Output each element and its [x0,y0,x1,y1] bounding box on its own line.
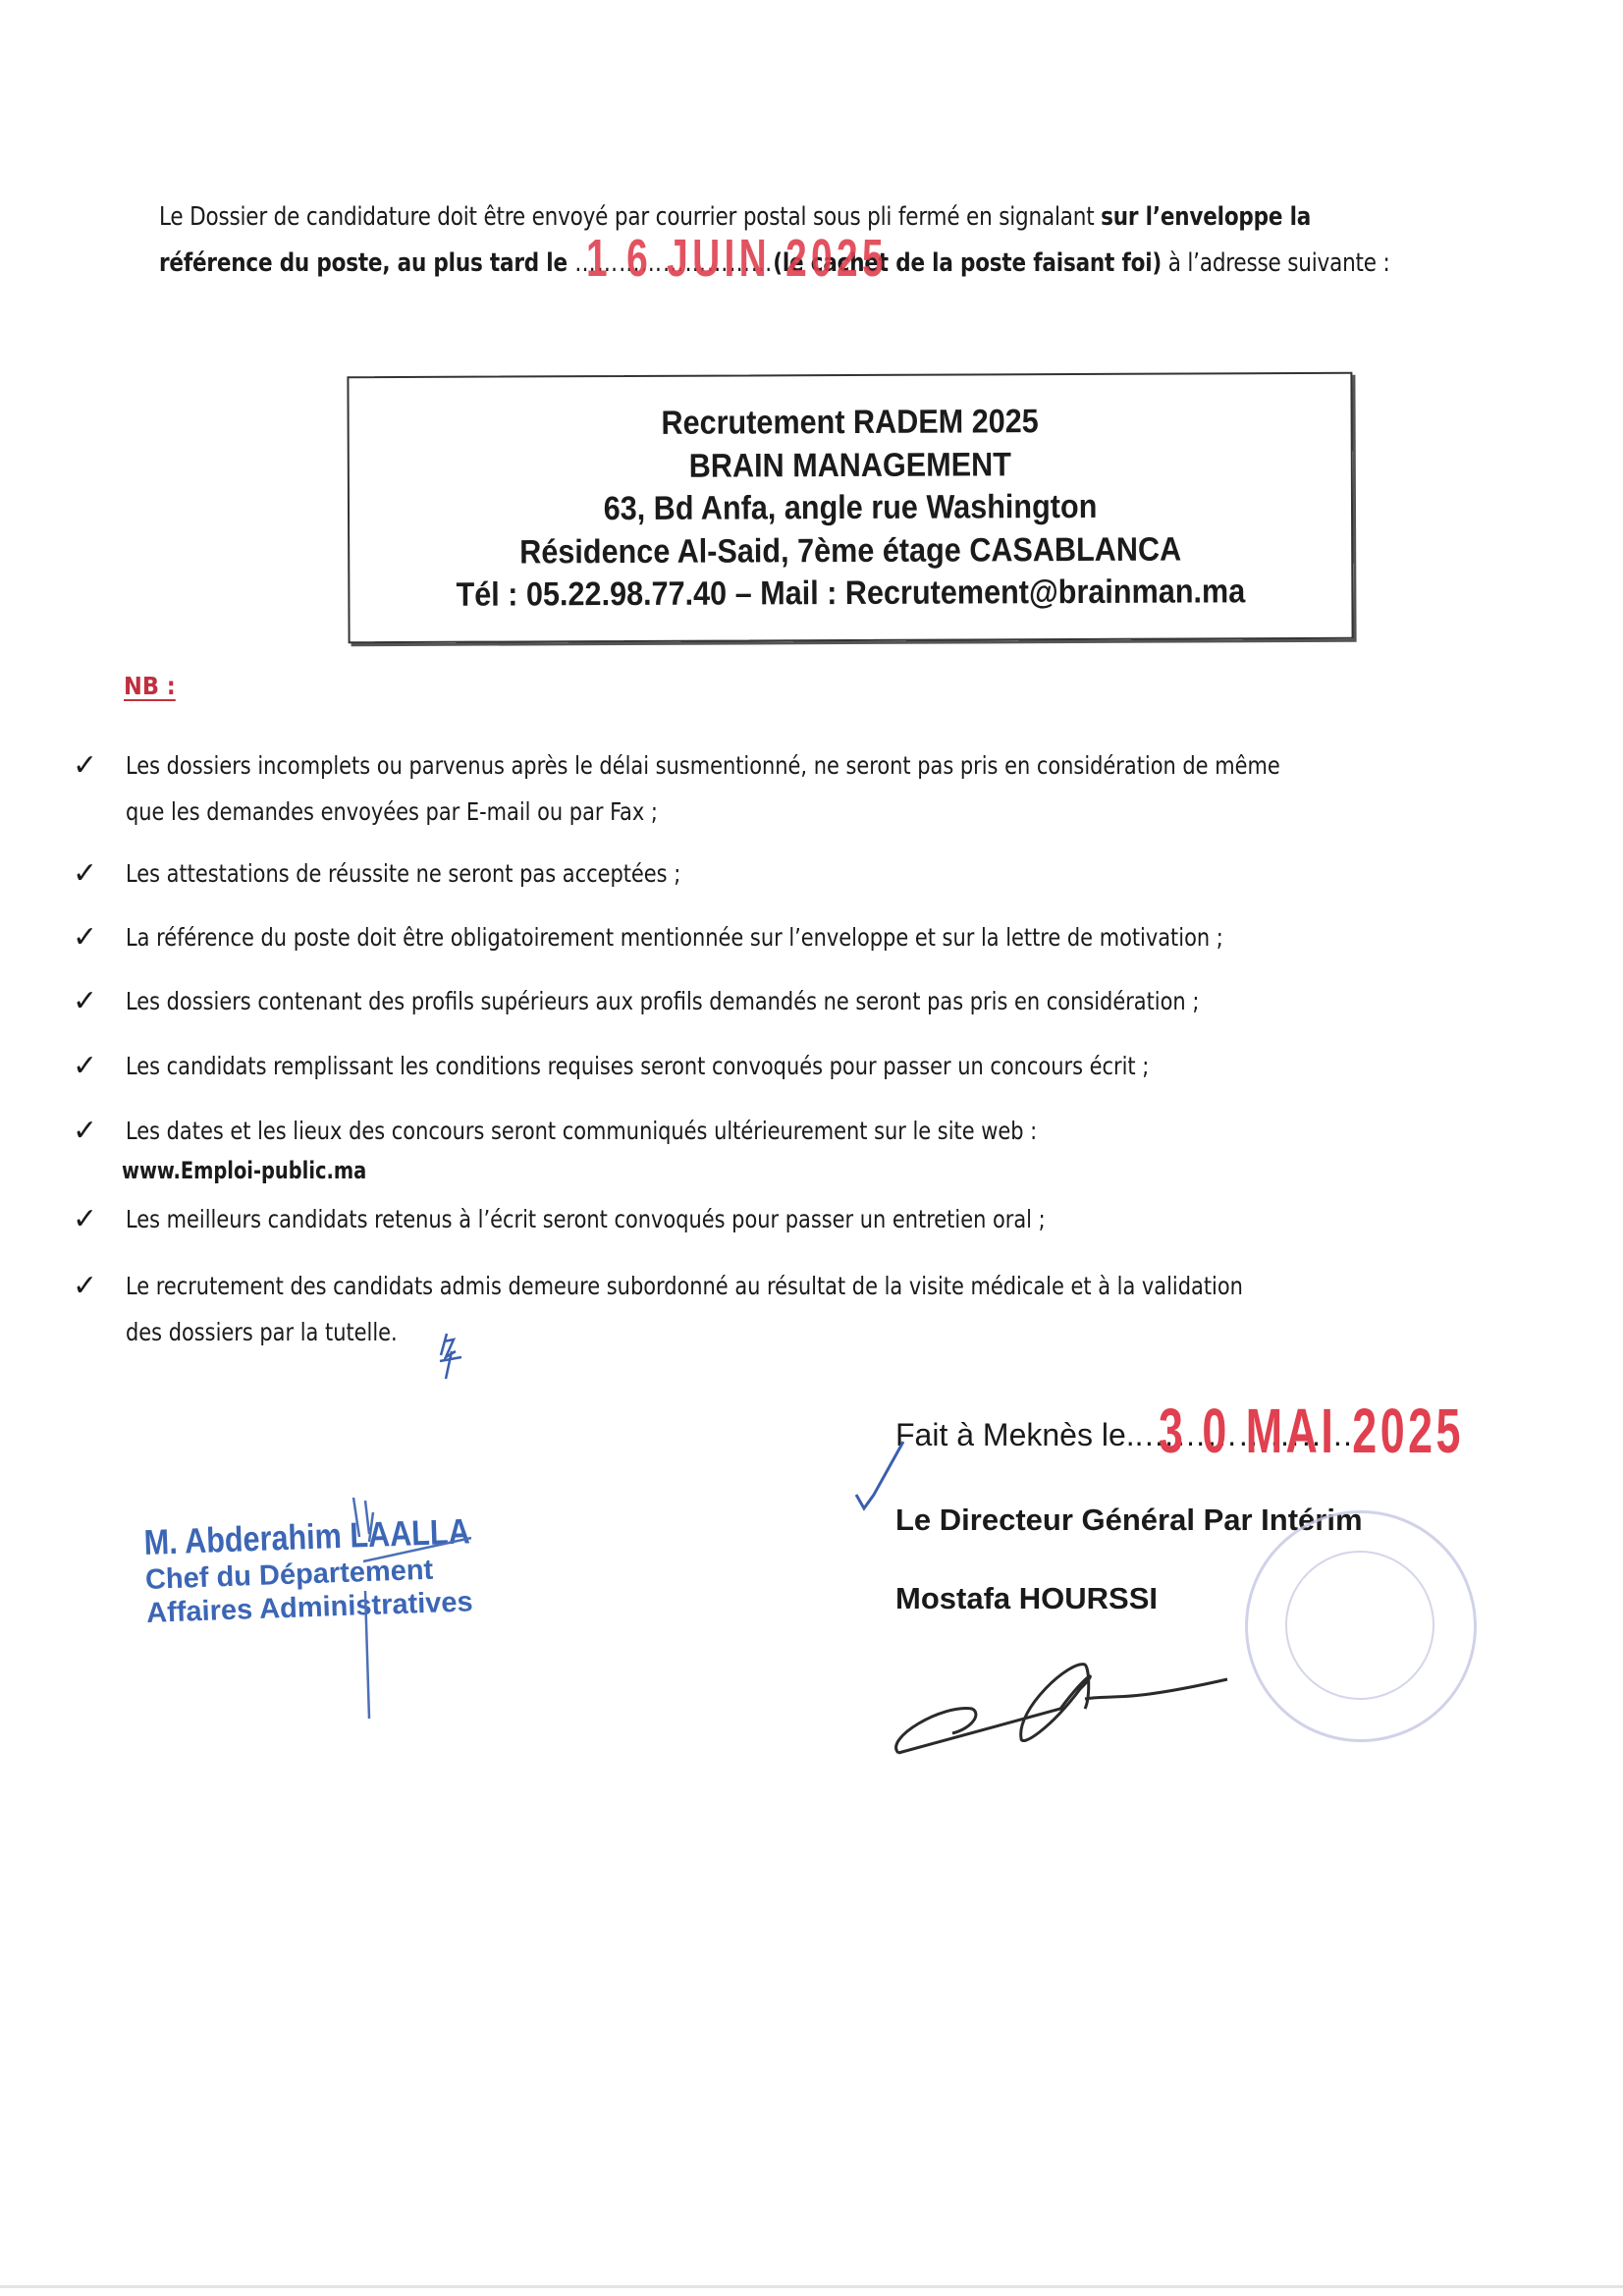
approval-check-icon [856,1442,903,1508]
page-bottom-edge [0,2285,1623,2288]
department-signature-icon [353,1498,471,1719]
handwritten-marks [0,0,1623,2296]
initials-icon [440,1334,461,1379]
director-signature-icon [896,1665,1227,1753]
document-page: Le Dossier de candidature doit être envo… [0,0,1623,2296]
